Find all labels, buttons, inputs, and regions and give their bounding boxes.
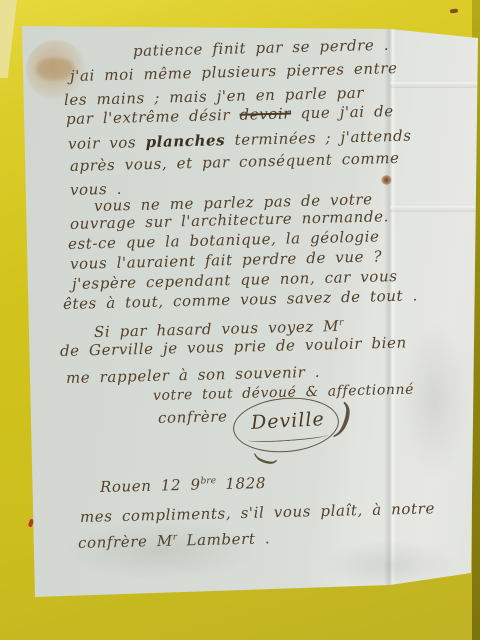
fold-crease xyxy=(390,82,478,88)
line-text: par l'extrême désir xyxy=(66,106,240,128)
photo-of-handwritten-letter: patience finit par se perdre . j'ai moi … xyxy=(0,0,480,640)
postscript-line: mes compliments, s'il vous plaît, à notr… xyxy=(80,501,435,525)
superscript: bre xyxy=(200,476,216,486)
crossed-out-word: devoir xyxy=(239,105,291,124)
letter-paper: patience finit par se perdre . j'ai moi … xyxy=(20,20,480,604)
date-line: Rouen 12 9bre 1828 xyxy=(100,476,266,495)
dark-speck xyxy=(450,8,458,13)
handwritten-line: patience finit par se perdre . xyxy=(133,38,390,59)
handwritten-line: voir vos planches terminées ; j'attends xyxy=(68,129,412,152)
fold-crease xyxy=(390,206,478,212)
date-text: 1828 xyxy=(216,474,266,493)
closing-word: confrère xyxy=(158,409,228,426)
signature: Deville xyxy=(250,408,325,434)
paper-wrinkle xyxy=(400,320,470,480)
red-fleck xyxy=(28,519,34,528)
paper-wrinkle xyxy=(320,540,460,590)
flourish-stroke-right: ) xyxy=(334,395,354,442)
handwritten-line: j'ai moi même plusieurs pierres entre xyxy=(70,61,398,84)
line-text: confrère M xyxy=(78,532,173,552)
handwritten-line: après vous, et par conséquent comme xyxy=(70,151,400,174)
line-text: Lambert . xyxy=(177,529,271,549)
pale-paper-edge-under-letter xyxy=(0,0,17,78)
overwritten-word: planches xyxy=(145,131,225,151)
flourish-stroke-under: ( xyxy=(250,453,281,466)
foxing-spot xyxy=(381,175,392,185)
line-text: voir vos xyxy=(68,133,146,153)
line-text: que j'ai de xyxy=(291,102,394,123)
stamp-blotch xyxy=(36,58,74,80)
handwritten-line: me rappeler à son souvenir . xyxy=(66,365,321,386)
date-text: Rouen 12 9 xyxy=(100,476,201,496)
superscript: r xyxy=(339,318,344,328)
